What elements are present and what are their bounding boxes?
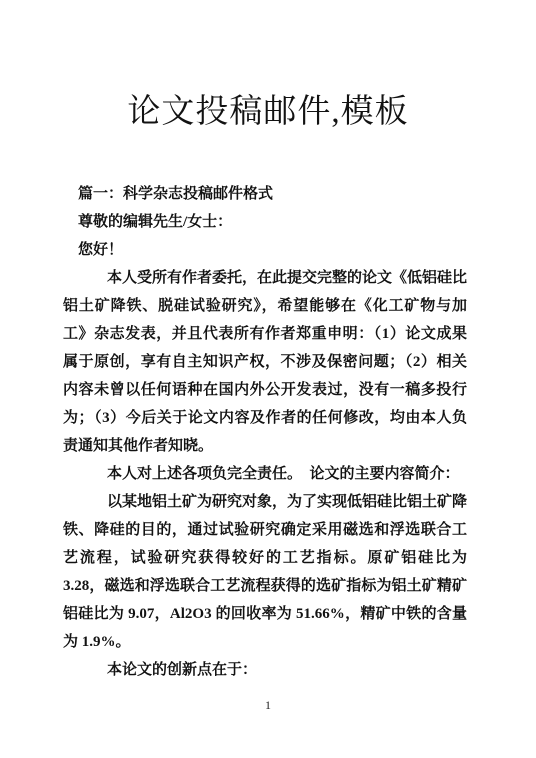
salutation-line: 尊敬的编辑先生/女士： — [63, 208, 467, 236]
section-heading: 篇一：科学杂志投稿邮件格式 — [63, 180, 467, 208]
document-page: 论文投稿邮件,模板 篇一：科学杂志投稿邮件格式 尊敬的编辑先生/女士： 您好！ … — [0, 0, 536, 758]
greeting-line: 您好！ — [63, 236, 467, 264]
innovation-lead-in: 本论文的创新点在于： — [63, 656, 467, 684]
declaration-paragraph: 本人受所有作者委托，在此提交完整的论文《低铝硅比铝土矿降铁、脱硅试验研究》，希望… — [63, 264, 467, 460]
page-number: 1 — [0, 698, 536, 712]
responsibility-paragraph: 本人对上述各项负完全责任。 论文的主要内容简介： — [63, 460, 467, 488]
abstract-paragraph: 以某地铝土矿为研究对象，为了实现低铝硅比铝土矿降铁、降硅的目的，通过试验研究确定… — [63, 488, 467, 656]
document-body: 篇一：科学杂志投稿邮件格式 尊敬的编辑先生/女士： 您好！ 本人受所有作者委托，… — [63, 180, 467, 684]
document-title: 论文投稿邮件,模板 — [0, 0, 536, 132]
